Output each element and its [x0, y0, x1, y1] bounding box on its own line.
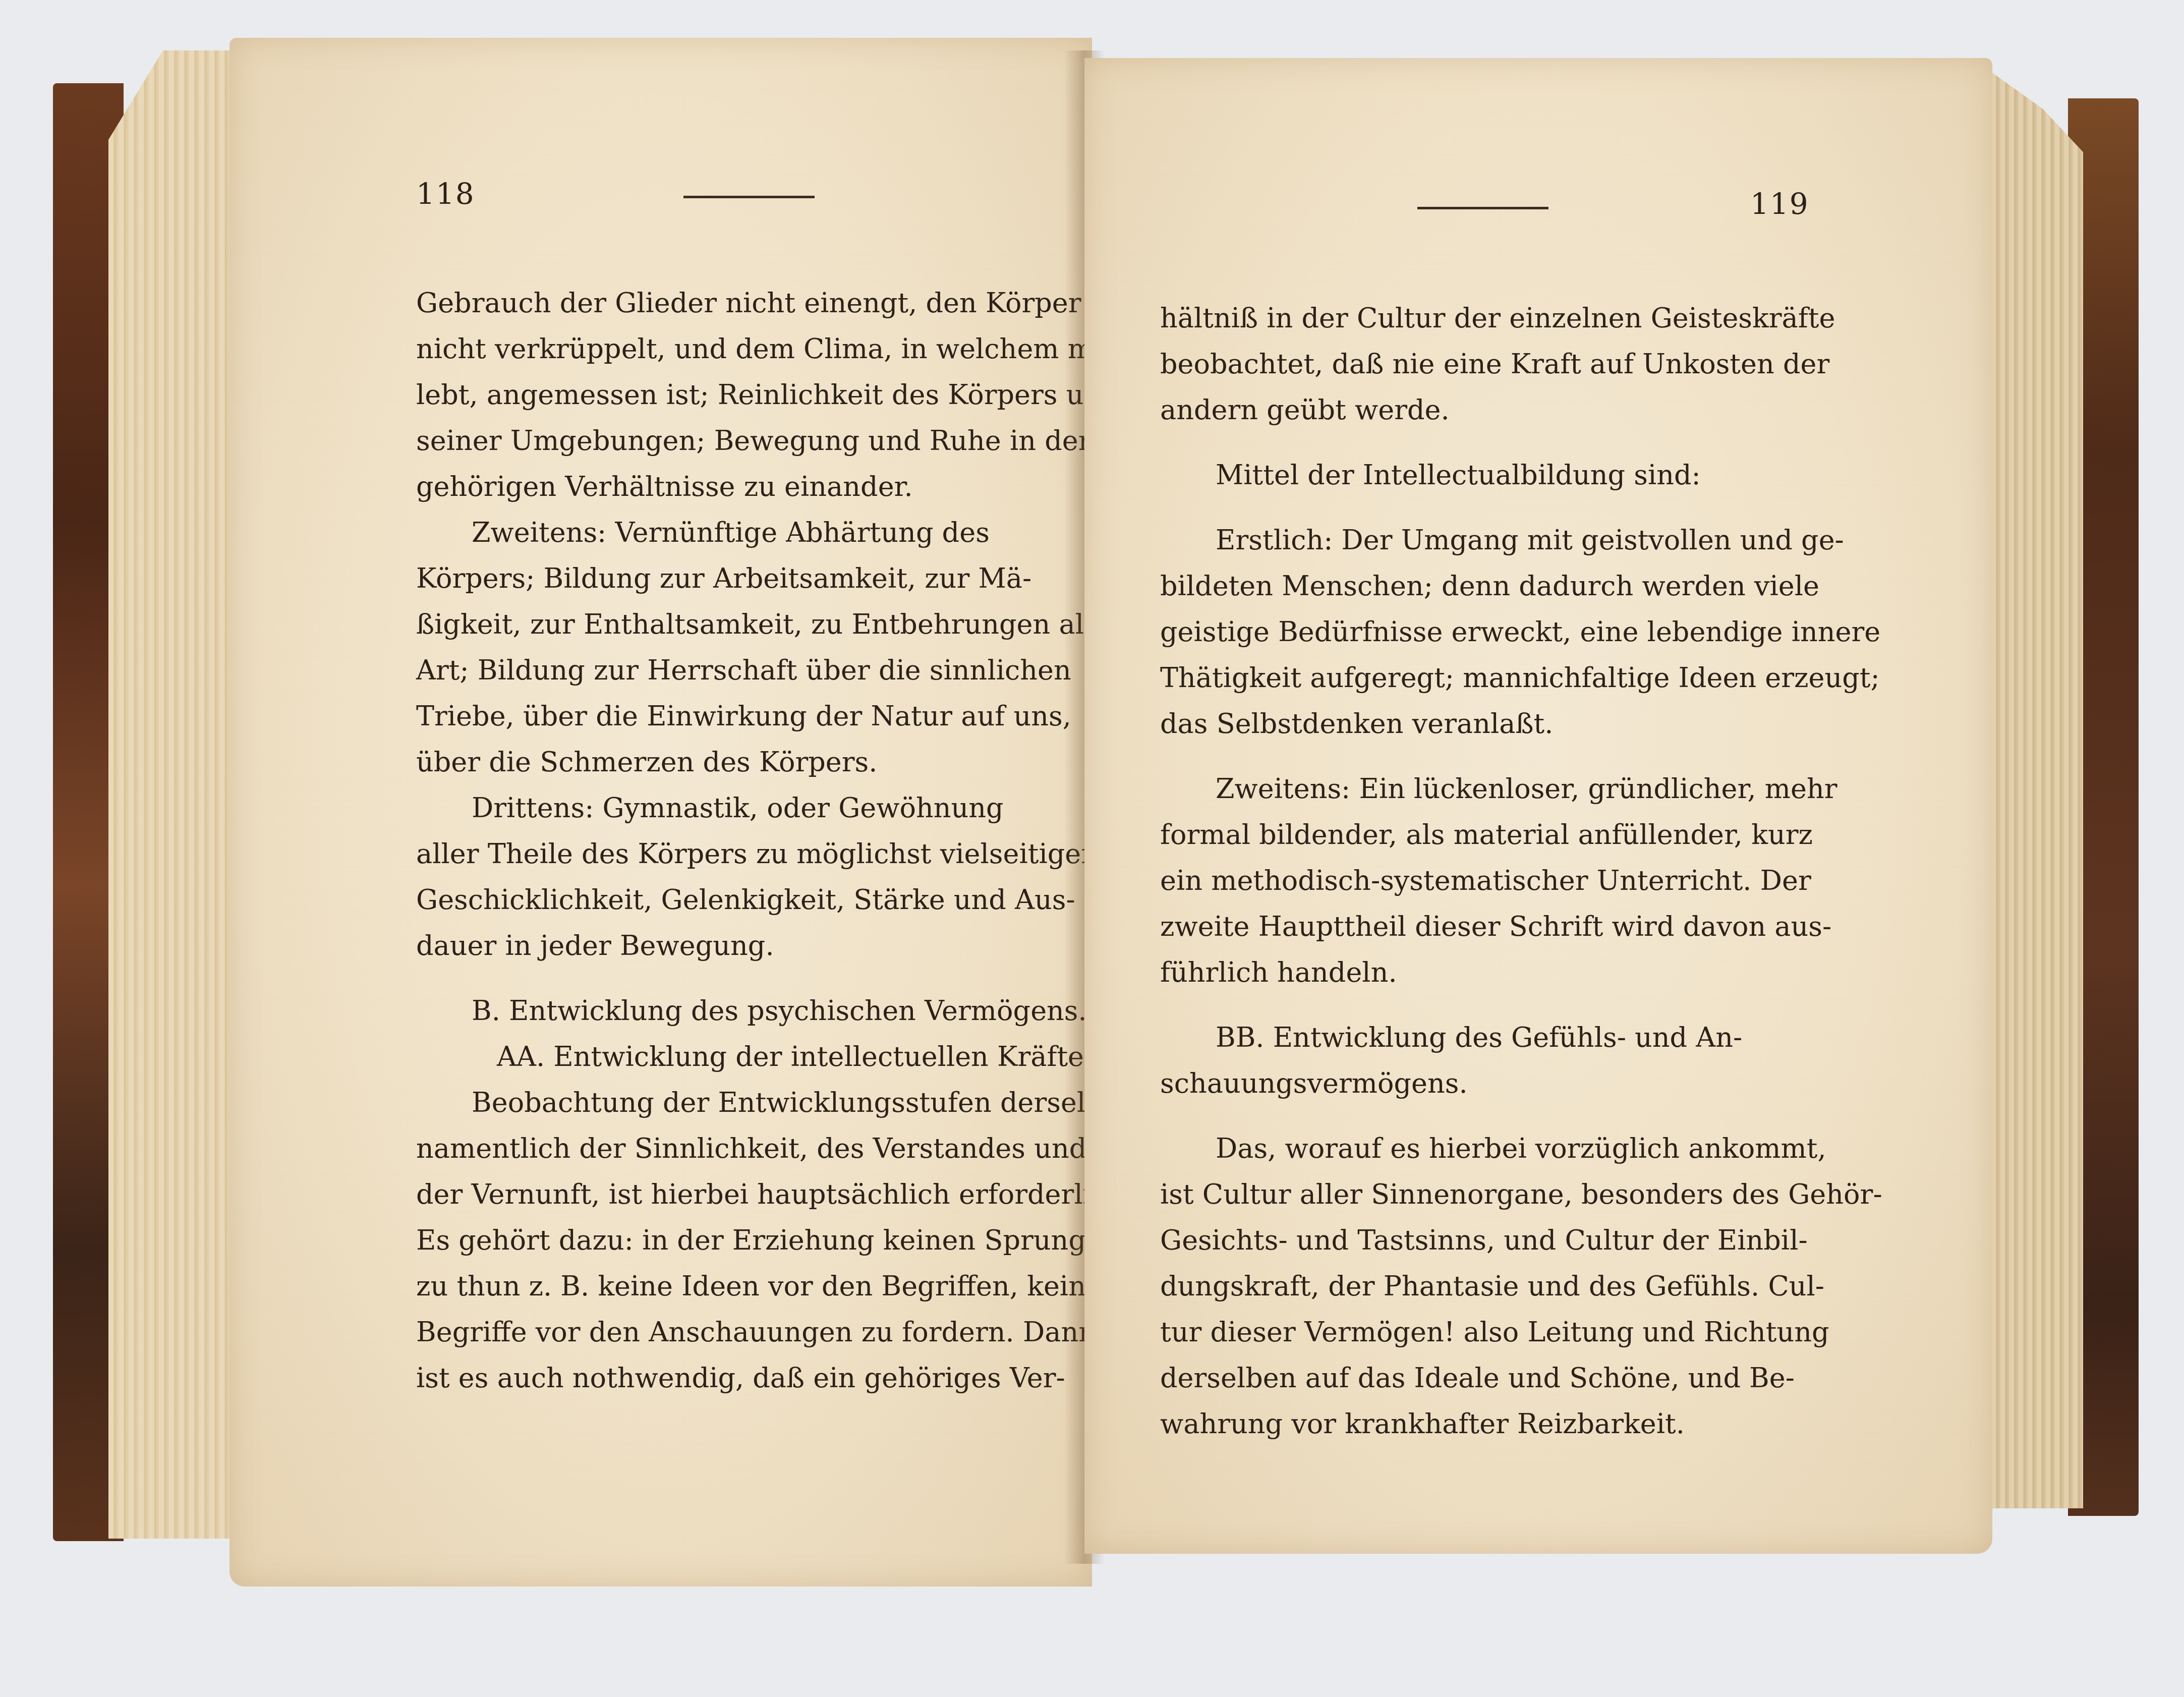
text-line: Gebrauch der Glieder nicht einengt, den …	[416, 280, 1072, 326]
text-line: geistige Bedürfnisse erweckt, eine leben…	[1160, 609, 1876, 655]
text-line: ßigkeit, zur Enthaltsamkeit, zu Entbehru…	[416, 601, 1072, 647]
text-line: derselben auf das Ideale und Schöne, und…	[1160, 1355, 1876, 1401]
page-number: 118	[416, 177, 475, 211]
subsection-heading-cont: schauungsvermögens.	[1160, 1060, 1876, 1106]
text-line: andern geübt werde.	[1160, 387, 1876, 433]
text-line: der Vernunft, ist hierbei hauptsächlich …	[416, 1171, 1072, 1217]
section-heading: B. Entwicklung des psychischen Vermögens…	[416, 988, 1072, 1034]
text-line: Körpers; Bildung zur Arbeitsamkeit, zur …	[416, 555, 1072, 601]
text-line: Thätigkeit aufgeregt; mannichfaltige Ide…	[1160, 655, 1876, 701]
text-line: ist es auch nothwendig, daß ein gehörige…	[416, 1355, 1072, 1401]
text-line: über die Schmerzen des Körpers.	[416, 739, 1072, 785]
text-line: aller Theile des Körpers zu möglichst vi…	[416, 831, 1072, 877]
text-line: Begriffe vor den Anschauungen zu fordern…	[416, 1309, 1072, 1355]
text-line: wahrung vor krankhafter Reizbarkeit.	[1160, 1401, 1876, 1447]
text-line: dauer in jeder Bewegung.	[416, 923, 1072, 969]
header-rule	[1417, 207, 1548, 209]
text-line: Zweitens: Vernünftige Abhärtung des	[416, 510, 1072, 555]
text-line: dungskraft, der Phantasie und des Gefühl…	[1160, 1263, 1876, 1309]
right-page: 119 hältniß in der Cultur der einzelnen …	[1084, 58, 1992, 1554]
text-line: ein methodisch-systematischer Unterricht…	[1160, 858, 1876, 903]
text-line: gehörigen Verhältnisse zu einander.	[416, 464, 1072, 510]
text-line: beobachtet, daß nie eine Kraft auf Unkos…	[1160, 341, 1876, 387]
page-edges-right	[1982, 66, 2083, 1508]
text-line: seiner Umgebungen; Bewegung und Ruhe in …	[416, 418, 1072, 464]
text-line: das Selbstdenken veranlaßt.	[1160, 701, 1876, 747]
right-page-text: hältniß in der Cultur der einzelnen Geis…	[1160, 295, 1876, 1447]
text-line: Gesichts- und Tastsinns, und Cultur der …	[1160, 1217, 1876, 1263]
left-page: 118 Gebrauch der Glieder nicht einengt, …	[229, 38, 1092, 1587]
page-number: 119	[1750, 187, 1809, 221]
running-header: 118	[229, 177, 1092, 217]
text-line: Geschicklichkeit, Gelenkigkeit, Stärke u…	[416, 877, 1072, 923]
text-line: Das, worauf es hierbei vorzüglich ankomm…	[1160, 1125, 1876, 1171]
header-rule	[683, 196, 815, 198]
text-line: Beobachtung der Entwicklungsstufen derse…	[416, 1080, 1072, 1125]
text-line: nicht verkrüppelt, und dem Clima, in wel…	[416, 326, 1072, 372]
text-line: Es gehört dazu: in der Erziehung keinen …	[416, 1217, 1072, 1263]
page-edges-left	[108, 50, 245, 1539]
text-line: hältniß in der Cultur der einzelnen Geis…	[1160, 295, 1876, 341]
subsection-heading: BB. Entwicklung des Gefühls- und An-	[1160, 1014, 1876, 1060]
subsection-heading: AA. Entwicklung der intellectuellen Kräf…	[416, 1034, 1072, 1080]
left-page-text: Gebrauch der Glieder nicht einengt, den …	[416, 280, 1072, 1401]
text-line: Zweitens: Ein lückenloser, gründlicher, …	[1160, 766, 1876, 812]
running-header: 119	[1084, 187, 1992, 227]
text-line: zweite Haupttheil dieser Schrift wird da…	[1160, 903, 1876, 949]
text-line: bildeten Menschen; denn dadurch werden v…	[1160, 563, 1876, 609]
text-line: formal bildender, als material anfüllend…	[1160, 812, 1876, 858]
text-line: lebt, angemessen ist; Reinlichkeit des K…	[416, 372, 1072, 418]
text-line: Erstlich: Der Umgang mit geistvollen und…	[1160, 517, 1876, 563]
text-line: führlich handeln.	[1160, 949, 1876, 995]
text-line: ist Cultur aller Sinnenorgane, besonders…	[1160, 1171, 1876, 1217]
text-line: Drittens: Gymnastik, oder Gewöhnung	[416, 785, 1072, 831]
text-line: tur dieser Vermögen! also Leitung und Ri…	[1160, 1309, 1876, 1355]
section-heading: Mittel der Intellectualbildung sind:	[1160, 452, 1876, 498]
text-line: Art; Bildung zur Herrschaft über die sin…	[416, 647, 1072, 693]
text-line: Triebe, über die Einwirkung der Natur au…	[416, 693, 1072, 739]
text-line: namentlich der Sinnlichkeit, des Verstan…	[416, 1125, 1072, 1171]
text-line: zu thun z. B. keine Ideen vor den Begrif…	[416, 1263, 1072, 1309]
